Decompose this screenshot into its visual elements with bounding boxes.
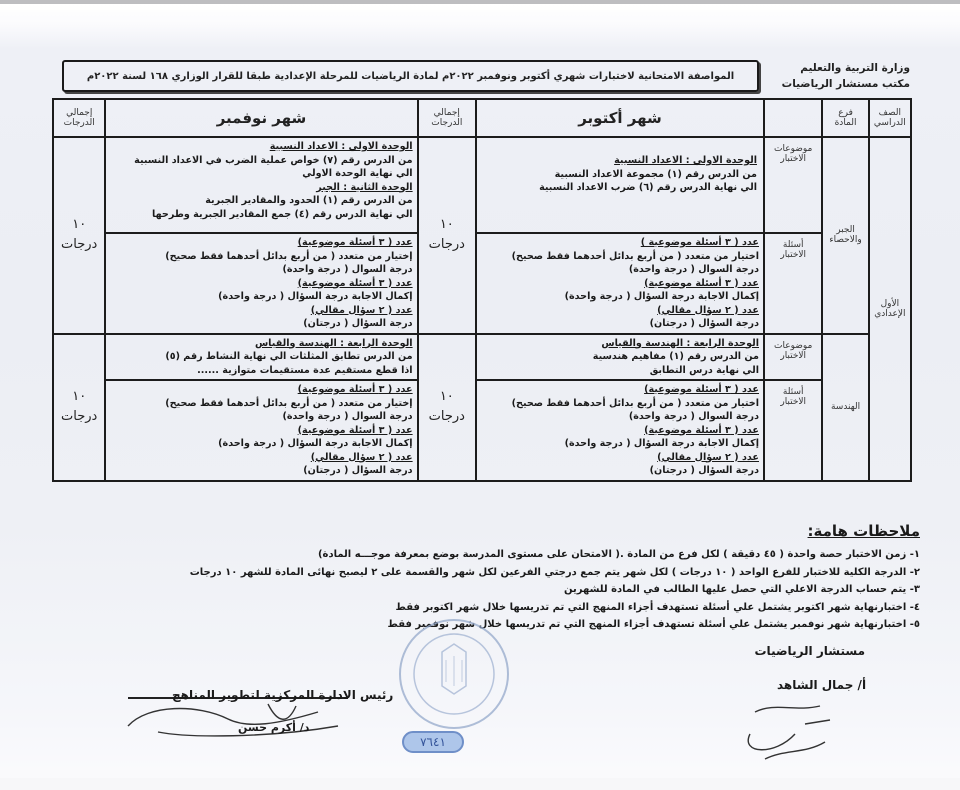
- question-line: درجة السؤال ( درجتان): [110, 464, 412, 478]
- question-line: درجة السوال ( درجة واحدة): [481, 263, 759, 277]
- header-november: شهر نوفمبر: [105, 99, 417, 137]
- header-total-november: إجمالي الدرجات: [53, 99, 105, 137]
- october-total-algebra: ١٠ درجات: [418, 137, 476, 334]
- october-topics-algebra: الوحدة الاولي : الاعداد النسبية من الدرس…: [476, 137, 764, 233]
- question-line: عدد ( ٢ سؤال مقالي): [481, 304, 759, 318]
- november-total-geometry: ١٠ درجات: [53, 334, 105, 481]
- topic-line: الوحدة الرابعة : الهندسة والقياس: [481, 337, 759, 351]
- table-row: أسئلة الاختبار عدد ( ٣ أسئلة موضوعية ) ا…: [53, 233, 911, 334]
- question-line: اختيار من متعدد ( من أربع بدائل أحدهما ف…: [481, 397, 759, 411]
- question-line: عدد ( ٣ أسئلة موضوعية): [110, 383, 412, 397]
- note-item: ٤- اختبارنهاية شهر اكتوبر يشتمل علي أسئل…: [60, 599, 920, 617]
- total-value: ١٠ درجات: [61, 389, 97, 424]
- advisor-name: أ/ جمال الشاهد: [777, 678, 866, 692]
- question-line: درجة السؤال ( درجتان): [481, 464, 759, 478]
- october-total-geometry: ١٠ درجات: [418, 334, 476, 481]
- table-row: أسئلة الاختبار عدد ( ٣ أسئلة موضوعية) اخ…: [53, 380, 911, 481]
- table-header-row: الصف الدراسي فرع المادة شهر أكتوبر إجمال…: [53, 99, 911, 137]
- note-item: ٢- الدرجة الكلية للاختبار للفرع الواحد (…: [60, 564, 920, 582]
- november-topics-algebra: الوحدة الاولي : الاعداد النسبية من الدرس…: [105, 137, 417, 233]
- question-line: عدد ( ٣ أسئلة موضوعية ): [481, 236, 759, 250]
- header-october: شهر أكتوبر: [476, 99, 764, 137]
- type-questions: أسئلة الاختبار: [764, 233, 822, 334]
- question-line: عدد ( ٢ سؤال مقالي): [481, 451, 759, 465]
- header-type: [764, 99, 822, 137]
- note-item: ٣- يتم حساب الدرجة الاعلي التي حصل عليها…: [60, 581, 920, 599]
- question-line: إكمال الاجابة درجة السؤال ( درجة واحدة): [110, 437, 412, 451]
- type-questions: أسئلة الاختبار: [764, 380, 822, 481]
- document-title-box: المواصفة الامتحانية لاختبارات شهري أكتوب…: [62, 60, 759, 92]
- document-page: وزارة التربية والتعليم مكتب مستشار الريا…: [0, 4, 960, 790]
- topic-line: الي نهاية درس التطابق: [481, 364, 759, 378]
- bottom-border: [0, 778, 960, 790]
- topic-line: من الدرس رقم (٧) خواص عملية الضرب في الا…: [110, 154, 412, 168]
- question-line: إكمال الاجابة درجة السؤال ( درجة واحدة): [110, 290, 412, 304]
- ministry-header: وزارة التربية والتعليم مكتب مستشار الريا…: [740, 60, 910, 92]
- question-line: عدد ( ٣ أسئلة موضوعية): [110, 277, 412, 291]
- topic-line: من الدرس رقم (١) الحدود والمقادير الجبري…: [110, 194, 412, 208]
- ministry-name: وزارة التربية والتعليم: [740, 60, 910, 76]
- branch-cell-geometry: الهندسة: [822, 334, 868, 481]
- topic-line: الوحدة الاولي : الاعداد النسبية: [481, 154, 757, 168]
- question-line: عدد ( ٣ أسئلة موضوعية): [481, 424, 759, 438]
- table-row: الأول الإعدادي الجبر والاحصاء موضوعات ال…: [53, 137, 911, 233]
- branch-cell-algebra: الجبر والاحصاء: [822, 137, 868, 334]
- october-topics-geometry: الوحدة الرابعة : الهندسة والقياس من الدر…: [476, 334, 764, 381]
- header-grade: الصف الدراسي: [869, 99, 911, 137]
- question-line: درجة السوال ( درجة واحدة): [110, 263, 412, 277]
- exam-spec-table: الصف الدراسي فرع المادة شهر أكتوبر إجمال…: [52, 98, 912, 482]
- question-line: عدد ( ٣ أسئلة موضوعية): [481, 383, 759, 397]
- topic-line: الوحدة الثانية : الجبر: [110, 181, 412, 195]
- november-questions-geometry: عدد ( ٣ أسئلة موضوعية) إختيار من متعدد (…: [105, 380, 417, 481]
- question-line: إكمال الاجابة درجة السؤال ( درجة واحدة): [481, 437, 759, 451]
- total-value: ١٠ درجات: [61, 217, 97, 252]
- note-item: ١- زمن الاختبار حصة واحدة ( ٤٥ دقيقة ) ل…: [60, 546, 920, 564]
- header-branch: فرع المادة: [822, 99, 868, 137]
- november-total-algebra: ١٠ درجات: [53, 137, 105, 334]
- question-line: عدد ( ٣ أسئلة موضوعية): [481, 277, 759, 291]
- type-topics: موضوعات الاختبار: [764, 137, 822, 233]
- topic-line: الي نهاية الدرس رقم (٦) ضرب الاعداد النس…: [481, 181, 757, 195]
- document-title: المواصفة الامتحانية لاختبارات شهري أكتوب…: [87, 71, 734, 82]
- question-line: درجة السوال ( درجة واحدة): [110, 410, 412, 424]
- topic-line: من الدرس تطابق المثلثات الي نهاية النشاط…: [110, 350, 412, 364]
- notes-heading: ملاحظات هامة:: [808, 522, 920, 540]
- central-admin-name: د/ أكرم حسن: [238, 721, 309, 734]
- question-line: إختيار من متعدد ( من أربع بدائل أحدهما ف…: [110, 397, 412, 411]
- october-questions-algebra: عدد ( ٣ أسئلة موضوعية ) اختيار من متعدد …: [476, 233, 764, 334]
- october-questions-geometry: عدد ( ٣ أسئلة موضوعية) اختيار من متعدد (…: [476, 380, 764, 481]
- advisor-signature-icon: [735, 694, 845, 764]
- question-line: درجة السؤال ( درجتان): [481, 317, 759, 331]
- topic-line: الوحدة الاولي : الاعداد النسبية: [110, 140, 412, 154]
- question-line: اختيار من متعدد ( من أربع بدائل أحدهما ف…: [481, 250, 759, 264]
- question-line: عدد ( ٣ أسئلة موضوعية): [110, 236, 412, 250]
- table-row: الهندسة موضوعات الاختبار الوحدة الرابعة …: [53, 334, 911, 381]
- question-line: عدد ( ٢ سؤال مقالي): [110, 304, 412, 318]
- type-topics: موضوعات الاختبار: [764, 334, 822, 381]
- november-topics-geometry: الوحدة الرابعة : الهندسة والقياس من الدر…: [105, 334, 417, 381]
- question-line: إختيار من متعدد ( من أربع بدائل أحدهما ف…: [110, 250, 412, 264]
- topic-line: اذا قطع مستقيم عدة مستقيمات متوازية ....…: [110, 364, 412, 378]
- stamp-number: ٧٦٤١: [402, 731, 464, 753]
- total-value: ١٠ درجات: [429, 217, 465, 252]
- topic-line: الي نهاية الوحدة الاولي: [110, 167, 412, 181]
- topic-line: من الدرس رقم (١) مجموعة الاعداد النسبية: [481, 168, 757, 182]
- header-total-october: إجمالي الدرجات: [418, 99, 476, 137]
- question-line: درجة السؤال ( درجتان): [110, 317, 412, 331]
- question-line: إكمال الاجابة درجة السؤال ( درجة واحدة): [481, 290, 759, 304]
- total-value: ١٠ درجات: [429, 389, 465, 424]
- grade-cell: الأول الإعدادي: [869, 137, 911, 481]
- advisor-title: مستشار الرياضيات: [755, 644, 866, 658]
- topic-line: الوحدة الرابعة : الهندسة والقياس: [110, 337, 412, 351]
- official-stamp-icon: [382, 616, 522, 736]
- question-line: عدد ( ٢ سؤال مقالي): [110, 451, 412, 465]
- topic-line: الي نهاية الدرس رقم (٤) جمع المقادير الج…: [110, 208, 412, 222]
- office-name: مكتب مستشار الرياضيات: [740, 76, 910, 92]
- question-line: عدد ( ٣ أسئلة موضوعية): [110, 424, 412, 438]
- question-line: درجة السوال ( درجة واحدة): [481, 410, 759, 424]
- november-questions-algebra: عدد ( ٣ أسئلة موضوعية) إختيار من متعدد (…: [105, 233, 417, 334]
- topic-line: من الدرس رقم (١) مفاهيم هندسية: [481, 350, 759, 364]
